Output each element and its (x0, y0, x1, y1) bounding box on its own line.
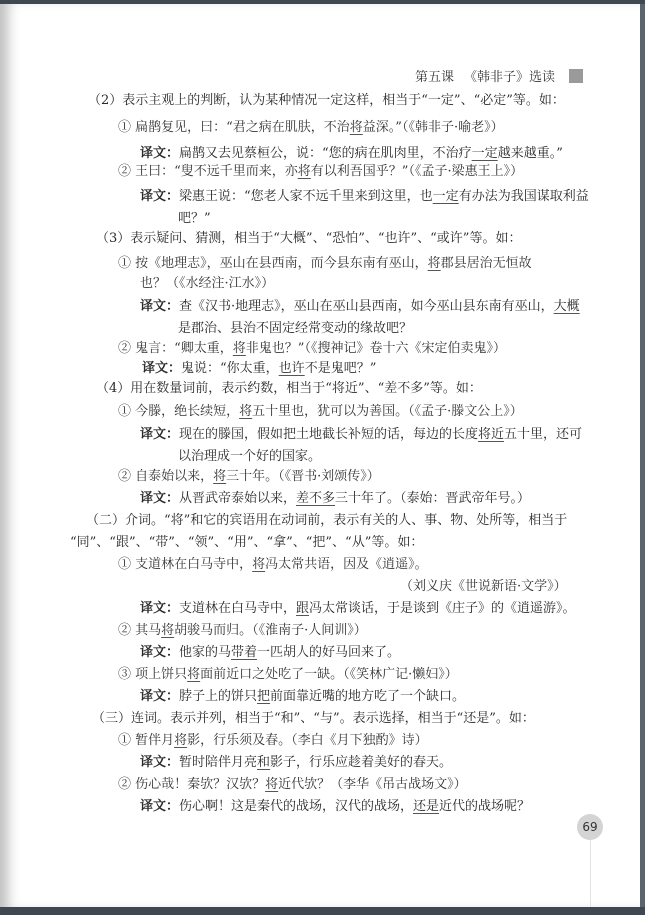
text-segment: ② 其马 (118, 623, 161, 638)
text-segment: ② 伤心哉！秦欤？汉欤？ (118, 777, 265, 792)
underlined-keyword: 将 (239, 404, 252, 419)
text-line: ② 王曰：“叟不远千里而来，亦将有以利吾国乎？”（《孟子·梁惠王上》） (118, 163, 523, 181)
translation-label: 译文： (140, 299, 179, 314)
underlined-keyword: 将 (298, 164, 311, 179)
text-segment: 不是鬼吧？” (305, 361, 377, 376)
underlined-keyword: 将 (174, 733, 187, 748)
text-segment: 暂时陪伴月亮 (179, 755, 257, 770)
text-segment: 有以利吾国乎？”（《孟子·梁惠王上》） (311, 164, 523, 179)
text-segment: 也？（《水经注·江水》） (140, 276, 274, 291)
text-segment: 影子，行乐应趁着美好的春天。 (270, 755, 452, 770)
underlined-keyword: 将 (187, 667, 200, 682)
text-line: 是郡治、县治不固定经常变动的缘故吧？ (178, 320, 412, 338)
text-line: 译文：从晋武帝泰始以来，差不多三十年了。（泰始：晋武帝年号。） (140, 490, 530, 508)
text-segment: 以治理成一个好的国家。 (178, 449, 321, 464)
text-line: 也？（《水经注·江水》） (140, 275, 274, 293)
underlined-keyword: 差不多 (296, 491, 335, 506)
translation-label: 译文： (140, 689, 179, 704)
underlined-keyword: 跟 (296, 601, 309, 616)
text-segment: （刘义庆《世说新语·文学》） (400, 579, 567, 594)
underlined-keyword: 和 (257, 755, 270, 770)
text-segment: ① 暂伴月 (118, 733, 174, 748)
underlined-keyword: 大概 (554, 299, 580, 314)
text-segment: ③ 项上饼只 (118, 667, 187, 682)
text-segment: 胡骏马而归。（《淮南子·人间训》） (174, 623, 367, 638)
text-segment: ① 扁鹊复见，曰：“君之病在肌肤，不治 (118, 120, 350, 135)
text-segment: （4）用在数量词前，表示约数，相当于“将近”、“差不多”等。如： (96, 381, 482, 396)
lesson-number: 第五课 (415, 66, 454, 85)
text-segment: 益深。”（《韩非子·喻老》） (363, 120, 504, 135)
translation-label: 译文： (140, 601, 179, 616)
translation-label: 译文： (140, 427, 179, 442)
translation-label: 译文： (140, 146, 179, 161)
text-segment: 脖子上的饼只 (179, 689, 257, 704)
underlined-keyword: 将近 (478, 427, 504, 442)
text-line: ② 自泰始以来，将三十年。（《晋书·刘颂传》） (118, 468, 380, 486)
text-segment: ② 鬼言：“卿太重， (118, 341, 233, 356)
text-line: ① 按《地理志》，巫山在县西南，而今县东南有巫山，将郡县居治无恒故 (118, 255, 532, 273)
text-segment: 非鬼也？”（《搜神记》卷十六《宋定伯卖鬼》） (246, 341, 506, 356)
text-segment: （二）介词。“将”和它的宾语用在动词前，表示有关的人、事、物、处所等，相当于 (86, 513, 567, 528)
text-segment: 郡县居治无恒故 (441, 256, 532, 271)
text-segment: 五十里，还可 (504, 427, 582, 442)
underlined-keyword: 将 (233, 341, 246, 356)
text-segment: 冯太常共语，因及《逍遥》。 (265, 557, 428, 572)
text-segment: 有办法为我国谋取利益 (459, 189, 589, 204)
text-line: ② 伤心哉！秦欤？汉欤？将近代欤？（李华《吊古战场文》） (118, 776, 467, 794)
text-segment: ② 自泰始以来， (118, 469, 213, 484)
text-segment: ② 王曰：“叟不远千里而来，亦 (118, 164, 298, 179)
text-line: （二）介词。“将”和它的宾语用在动词前，表示有关的人、事、物、处所等，相当于 (86, 512, 567, 530)
text-segment: 冯太常谈话，于是谈到《庄子》的《逍遥游》。 (309, 601, 576, 616)
text-segment: 吧？” (178, 211, 211, 226)
text-line: （4）用在数量词前，表示约数，相当于“将近”、“差不多”等。如： (96, 380, 482, 398)
text-segment: 一匹胡人的好马回来了。 (257, 645, 400, 660)
text-segment: 越来越重。” (498, 146, 563, 161)
page-number-badge: 69 (577, 814, 603, 840)
underlined-keyword: 把 (257, 689, 270, 704)
text-segment: 三十年了。（泰始：晋武帝年号。） (335, 491, 530, 506)
underlined-keyword: 将 (252, 557, 265, 572)
text-line: 以治理成一个好的国家。 (178, 448, 321, 466)
underlined-keyword: 将 (161, 623, 174, 638)
text-segment: （三）连词。表示并列，相当于“和”、“与”。表示选择，相当于“还是”。如： (92, 711, 535, 726)
text-line: 译文：扁鹊又去见蔡桓公，说：“您的病在肌肉里，不治疗一定越来越重。” (140, 145, 563, 163)
text-line: ③ 项上饼只将面前近口之处吃了一缺。（《笑林广记·懒妇》） (118, 666, 458, 684)
underlined-keyword: 将 (213, 469, 226, 484)
text-segment: 是郡治、县治不固定经常变动的缘故吧？ (178, 321, 412, 336)
text-line: （刘义庆《世说新语·文学》） (400, 578, 567, 596)
text-segment: 面前近口之处吃了一缺。（《笑林广记·懒妇》） (200, 667, 458, 682)
translation-label: 译文： (142, 361, 181, 376)
translation-label: 译文： (140, 189, 179, 204)
text-line: 译文：脖子上的饼只把前面靠近嘴的地方吃了一个缺口。 (140, 688, 465, 706)
text-line: 译文：暂时陪伴月亮和影子，行乐应趁着美好的春天。 (140, 754, 452, 772)
text-segment: （2）表示主观上的判断，认为某种情况一定这样，相当于“一定”、“必定”等。如： (88, 93, 565, 108)
text-line: ② 其马将胡骏马而归。（《淮南子·人间训》） (118, 622, 367, 640)
text-line: 译文：查《汉书·地理志》，巫山在巫山县西南，如今巫山县东南有巫山，大概 (140, 298, 580, 316)
page-number-line (590, 840, 591, 907)
text-line: “同”、“跟”、“带”、“领”、“用”、“拿”、“把”、“从”等。如： (70, 534, 423, 552)
text-line: （3）表示疑问、猜测，相当于“大概”、“恐怕”、“也许”、“或许”等。如： (96, 230, 521, 248)
text-segment: 鬼说：“你太重， (181, 361, 279, 376)
text-segment: 近代的战场呢？ (439, 799, 530, 814)
underlined-keyword: 一定 (472, 146, 498, 161)
underlined-keyword: 一定 (433, 189, 459, 204)
text-segment: 近代欤？（李华《吊古战场文》） (278, 777, 467, 792)
text-segment: 从晋武帝泰始以来， (179, 491, 296, 506)
text-line: 译文：鬼说：“你太重，也许不是鬼吧？” (142, 360, 376, 378)
text-segment: 现在的滕国，假如把土地截长补短的话，每边的长度 (179, 427, 478, 442)
underlined-keyword: 也许 (279, 361, 305, 376)
page-edge (640, 4, 645, 907)
text-segment: 伤心啊！这是秦代的战场，汉代的战场， (179, 799, 413, 814)
text-segment: 扁鹊又去见蔡桓公，说：“您的病在肌肉里，不治疗 (179, 146, 472, 161)
text-line: 译文：伤心啊！这是秦代的战场，汉代的战场，还是近代的战场呢？ (140, 798, 530, 816)
underlined-keyword: 将 (265, 777, 278, 792)
text-segment: 前面靠近嘴的地方吃了一个缺口。 (270, 689, 465, 704)
translation-label: 译文： (140, 491, 179, 506)
translation-label: 译文： (140, 645, 179, 660)
text-line: ② 鬼言：“卿太重，将非鬼也？”（《搜神记》卷十六《宋定伯卖鬼》） (118, 340, 506, 358)
lesson-title: 《韩非子》选读 (464, 66, 555, 85)
underlined-keyword: 将 (350, 120, 363, 135)
text-line: 译文：支道林在白马寺中，跟冯太常谈话，于是谈到《庄子》的《逍遥游》。 (140, 600, 576, 618)
text-segment: 三十年。（《晋书·刘颂传》） (226, 469, 380, 484)
text-line: ① 今滕，绝长续短，将五十里也，犹可以为善国。（《孟子·滕文公上》） (118, 403, 523, 421)
underlined-keyword: 将 (428, 256, 441, 271)
text-line: ① 支道林在白马寺中，将冯太常共语，因及《逍遥》。 (118, 556, 428, 574)
text-segment: ① 今滕，绝长续短， (118, 404, 239, 419)
text-segment: 支道林在白马寺中， (179, 601, 296, 616)
text-segment: ① 支道林在白马寺中， (118, 557, 252, 572)
running-header: 第五课 《韩非子》选读 (415, 66, 583, 85)
text-line: 译文：现在的滕国，假如把土地截长补短的话，每边的长度将近五十里，还可 (140, 426, 582, 444)
underlined-keyword: 带着 (231, 645, 257, 660)
text-line: 吧？” (178, 210, 211, 228)
text-segment: ① 按《地理志》，巫山在县西南，而今县东南有巫山， (118, 256, 428, 271)
text-line: ① 扁鹊复见，曰：“君之病在肌肤，不治将益深。”（《韩非子·喻老》） (118, 119, 504, 137)
translation-label: 译文： (140, 799, 179, 814)
text-line: （三）连词。表示并列，相当于“和”、“与”。表示选择，相当于“还是”。如： (92, 710, 535, 728)
header-marker-square (569, 69, 583, 83)
text-line: 译文：梁惠王说：“您老人家不远千里来到这里，也一定有办法为我国谋取利益 (140, 188, 589, 206)
text-segment: 梁惠王说：“您老人家不远千里来到这里，也 (179, 189, 433, 204)
text-segment: 他家的马 (179, 645, 231, 660)
text-segment: （3）表示疑问、猜测，相当于“大概”、“恐怕”、“也许”、“或许”等。如： (96, 231, 521, 246)
text-line: （2）表示主观上的判断，认为某种情况一定这样，相当于“一定”、“必定”等。如： (88, 92, 565, 110)
text-line: 译文：他家的马带着一匹胡人的好马回来了。 (140, 644, 400, 662)
underlined-keyword: 还是 (413, 799, 439, 814)
text-segment: 查《汉书·地理志》，巫山在巫山县西南，如今巫山县东南有巫山， (179, 299, 554, 314)
text-segment: “同”、“跟”、“带”、“领”、“用”、“拿”、“把”、“从”等。如： (70, 535, 423, 550)
text-line: ① 暂伴月将影，行乐须及春。（李白《月下独酌》诗） (118, 732, 428, 750)
text-segment: 五十里也，犹可以为善国。（《孟子·滕文公上》） (252, 404, 523, 419)
text-segment: 影，行乐须及春。（李白《月下独酌》诗） (187, 733, 428, 748)
translation-label: 译文： (140, 755, 179, 770)
